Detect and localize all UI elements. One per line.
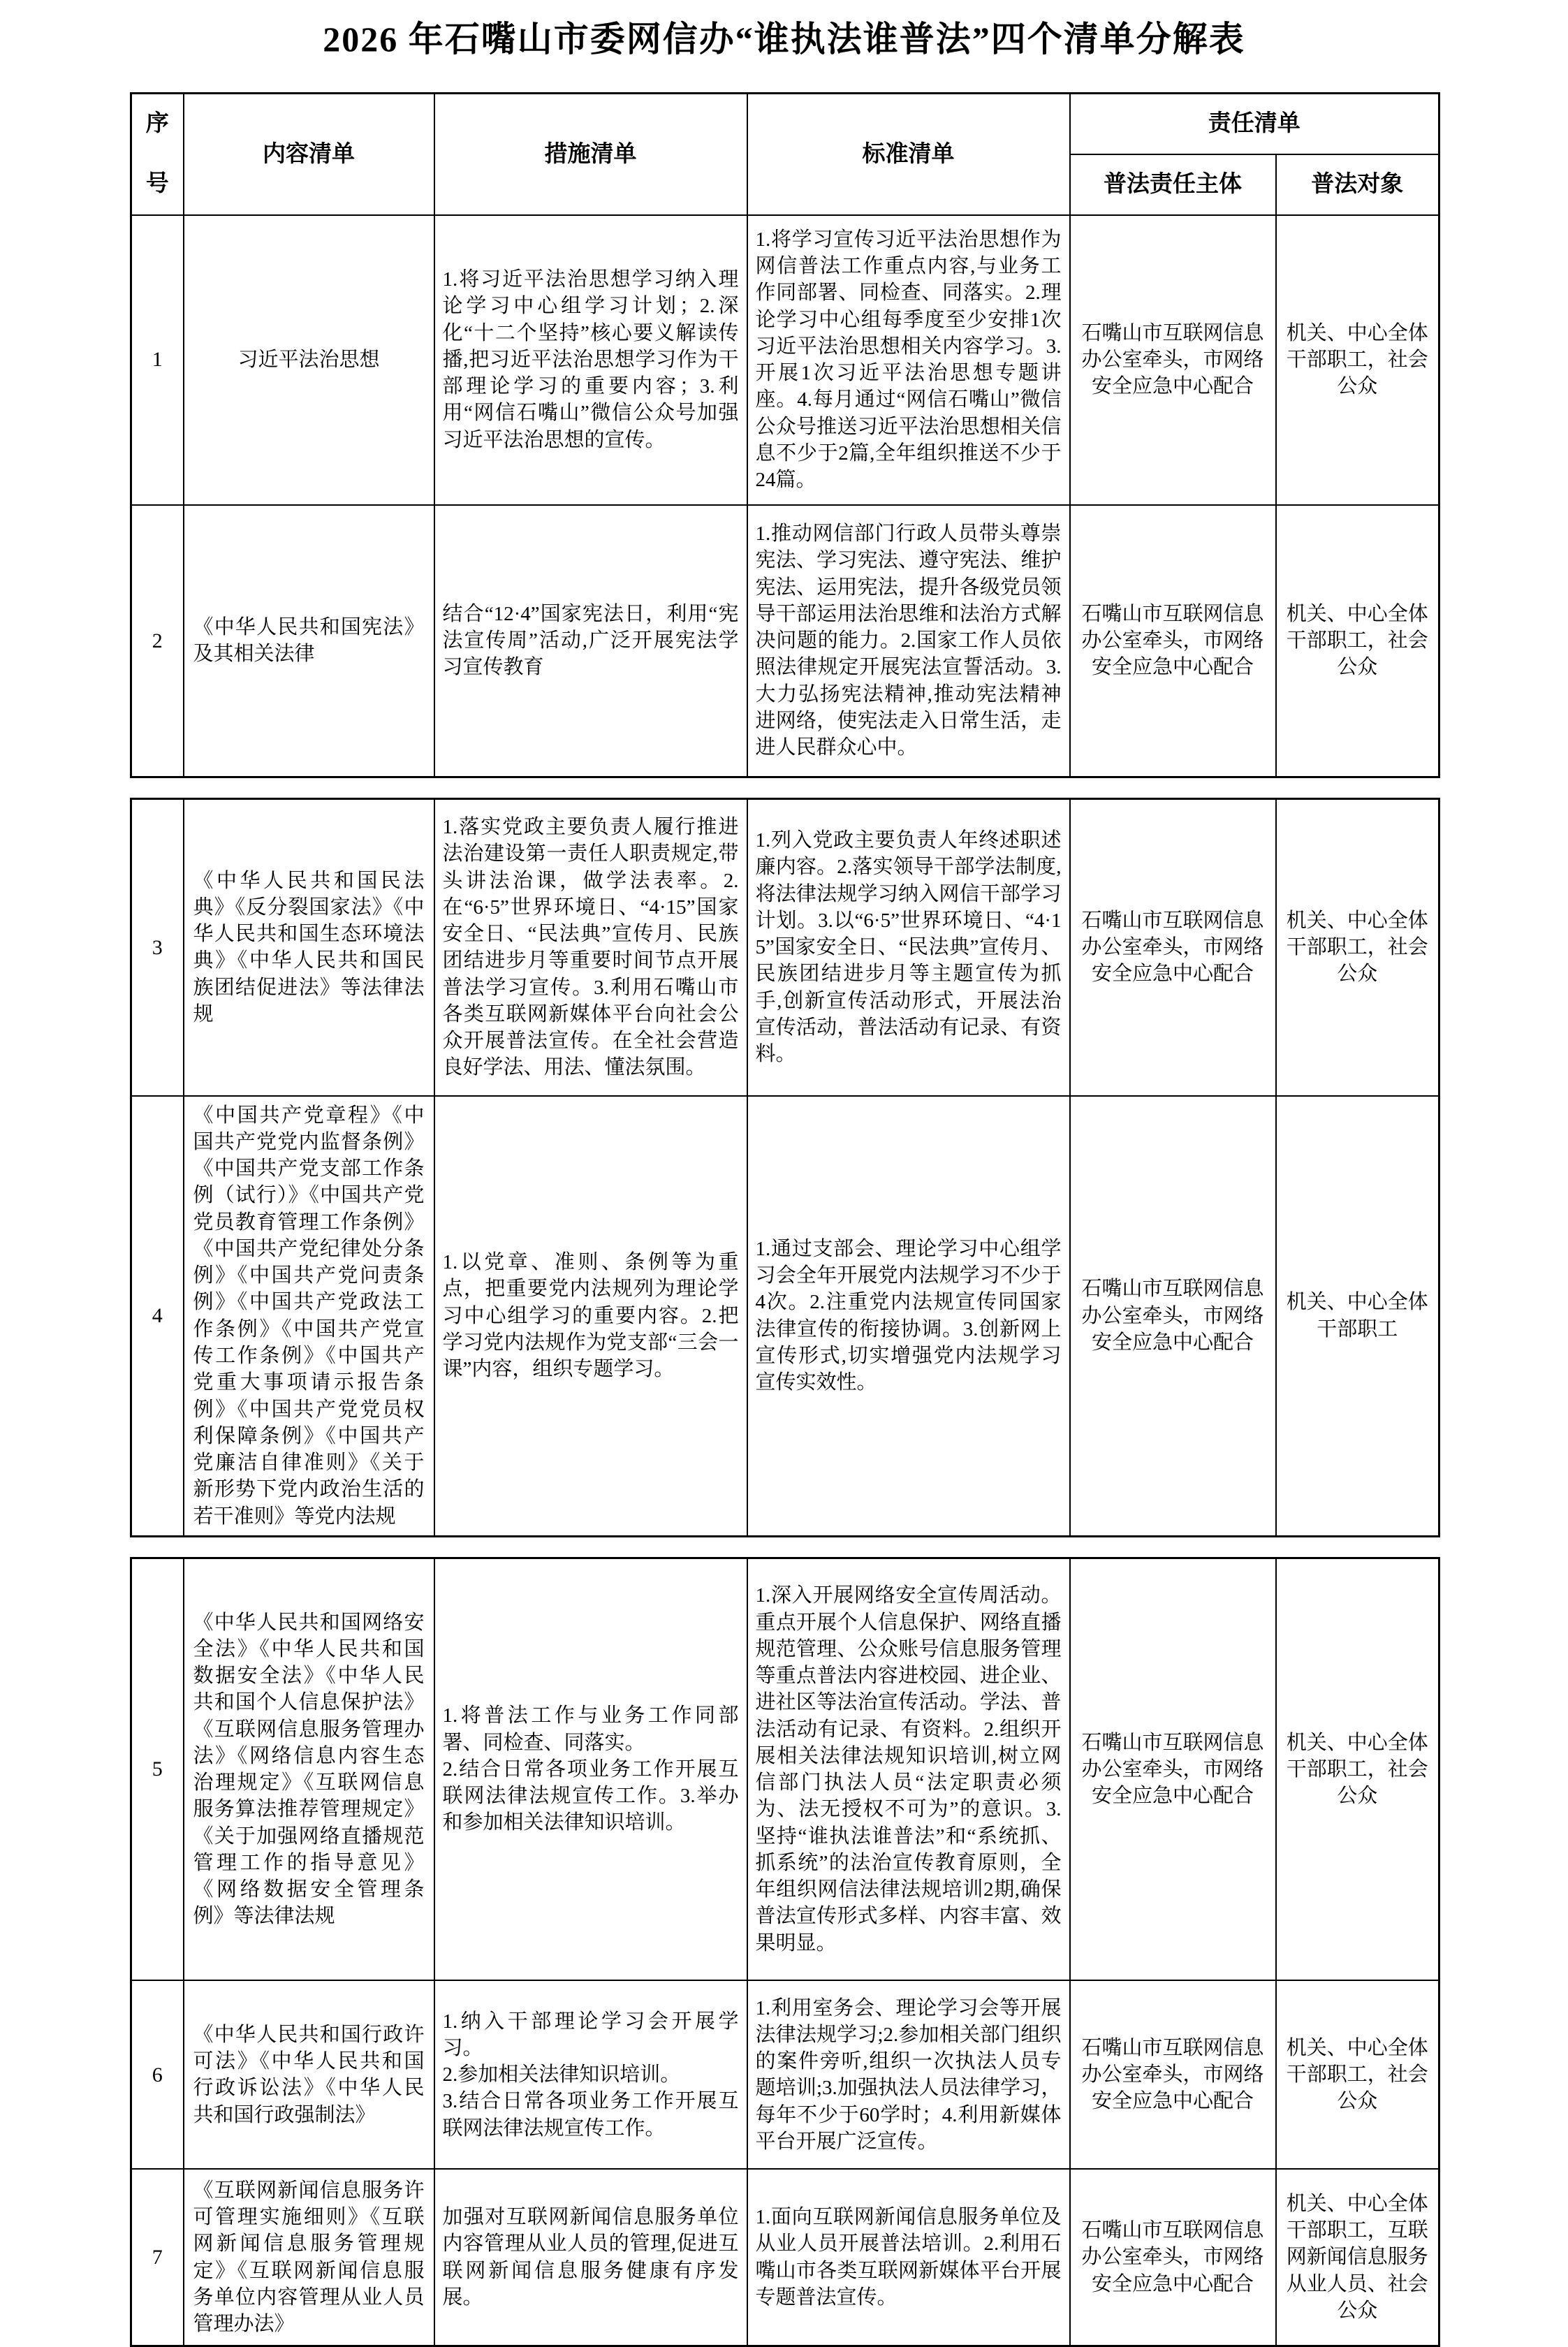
col-header-targets: 普法对象: [1276, 154, 1439, 215]
measures-list-cell: 结合“12·4”国家宪法日，利用“宪法宣传周”活动,广泛开展宪法学习宣传教育: [434, 505, 747, 777]
measures-list-cell: 1.将普法工作与业务工作同部署、同检查、同落实。 2.结合日常各项业务工作开展互…: [434, 1558, 747, 1980]
responsible-party-cell: 石嘴山市互联网信息办公室牵头，市网络安全应急中心配合: [1070, 1096, 1276, 1537]
standards-list-cell: 1.将学习宣传习近平法治思想作为网信普法工作重点内容,与业务工作同部署、同检查、…: [747, 215, 1070, 505]
table-row: 6《中华人民共和国行政许可法》《中华人民共和国行政诉讼法》《中华人民共和国行政强…: [131, 1980, 1439, 2169]
standards-list-cell: 1.通过支部会、理论学习中心组学习会全年开展党内法规学习不少于4次。2.注重党内…: [747, 1096, 1070, 1537]
col-header-index: 序号: [131, 94, 184, 215]
responsible-party-cell: 石嘴山市互联网信息办公室牵头，市网络安全应急中心配合: [1070, 2169, 1276, 2346]
targets-cell: 机关、中心全体干部职工，互联网新闻信息服务从业人员、社会公众: [1276, 2169, 1439, 2346]
content-list-cell: 《互联网新闻信息服务许可管理实施细则》《互联网新闻信息服务管理规定》《互联网新闻…: [184, 2169, 434, 2346]
col-header-responsible-party: 普法责任主体: [1070, 154, 1276, 215]
targets-cell: 机关、中心全体干部职工: [1276, 1096, 1439, 1537]
col-header-measures: 措施清单: [434, 94, 747, 215]
targets-cell: 机关、中心全体干部职工，社会公众: [1276, 1980, 1439, 2169]
table-row: 1习近平法治思想1.将习近平法治思想学习纳入理论学习中心组学习计划；2.深化“十…: [131, 215, 1439, 505]
targets-cell: 机关、中心全体干部职工，社会公众: [1276, 505, 1439, 777]
row-index: 1: [131, 215, 184, 505]
table-block-1: 序号 内容清单 措施清单 标准清单 责任清单 普法责任主体 普法对象 1习近平法…: [130, 92, 1440, 778]
table-body-2: 3《中华人民共和国民法典》《反分裂国家法》《中华人民共和国生态环境法典》《中华人…: [131, 799, 1439, 1537]
row-index: 3: [131, 799, 184, 1096]
content-list-cell: 《中华人民共和国网络安全法》《中华人民共和国数据安全法》《中华人民共和国个人信息…: [184, 1558, 434, 1980]
row-index: 7: [131, 2169, 184, 2346]
content-list-cell: 《中华人民共和国行政许可法》《中华人民共和国行政诉讼法》《中华人民共和国行政强制…: [184, 1980, 434, 2169]
row-index: 2: [131, 505, 184, 777]
table-row: 2《中华人民共和国宪法》及其相关法律结合“12·4”国家宪法日，利用“宪法宣传周…: [131, 505, 1439, 777]
measures-list-cell: 加强对互联网新闻信息服务单位内容管理从业人员的管理,促进互联网新闻信息服务健康有…: [434, 2169, 747, 2346]
table-row: 4《中国共产党章程》《中国共产党党内监督条例》《中国共产党支部工作条例（试行）》…: [131, 1096, 1439, 1537]
measures-list-cell: 1.落实党政主要负责人履行推进法治建设第一责任人职责规定,带头讲法治课，做学法表…: [434, 799, 747, 1096]
measures-list-cell: 1.纳入干部理论学习会开展学习。 2.参加相关法律知识培训。 3.结合日常各项业…: [434, 1980, 747, 2169]
col-header-responsibility: 责任清单: [1070, 94, 1439, 154]
targets-cell: 机关、中心全体干部职工，社会公众: [1276, 1558, 1439, 1980]
table-row: 7《互联网新闻信息服务许可管理实施细则》《互联网新闻信息服务管理规定》《互联网新…: [131, 2169, 1439, 2346]
standards-list-cell: 1.深入开展网络安全宣传周活动。重点开展个人信息保护、网络直播规范管理、公众账号…: [747, 1558, 1070, 1980]
measures-list-cell: 1.以党章、准则、条例等为重点，把重要党内法规列为理论学习中心组学习的重要内容。…: [434, 1096, 747, 1537]
row-index: 5: [131, 1558, 184, 1980]
col-header-standards: 标准清单: [747, 94, 1070, 215]
table-body-1: 1习近平法治思想1.将习近平法治思想学习纳入理论学习中心组学习计划；2.深化“十…: [131, 215, 1439, 777]
standards-list-cell: 1.面向互联网新闻信息服务单位及从业人员开展普法培训。2.利用石嘴山市各类互联网…: [747, 2169, 1070, 2346]
row-index: 6: [131, 1980, 184, 2169]
page-title: 2026 年石嘴山市委网信办“谁执法谁普法”四个清单分解表: [0, 11, 1568, 61]
targets-cell: 机关、中心全体干部职工，社会公众: [1276, 799, 1439, 1096]
responsible-party-cell: 石嘴山市互联网信息办公室牵头，市网络安全应急中心配合: [1070, 505, 1276, 777]
table-header: 序号 内容清单 措施清单 标准清单 责任清单 普法责任主体 普法对象: [131, 94, 1439, 215]
responsible-party-cell: 石嘴山市互联网信息办公室牵头，市网络安全应急中心配合: [1070, 799, 1276, 1096]
table-row: 3《中华人民共和国民法典》《反分裂国家法》《中华人民共和国生态环境法典》《中华人…: [131, 799, 1439, 1096]
row-index: 4: [131, 1096, 184, 1537]
header-row-1: 序号 内容清单 措施清单 标准清单 责任清单: [131, 94, 1439, 154]
document-page: 2026 年石嘴山市委网信办“谁执法谁普法”四个清单分解表 序号 内容清单 措施…: [0, 0, 1568, 2347]
table-body-3: 5《中华人民共和国网络安全法》《中华人民共和国数据安全法》《中华人民共和国个人信…: [131, 1558, 1439, 2346]
standards-list-cell: 1.列入党政主要负责人年终述职述廉内容。2.落实领导干部学法制度,将法律法规学习…: [747, 799, 1070, 1096]
content-list-cell: 习近平法治思想: [184, 215, 434, 505]
table-row: 5《中华人民共和国网络安全法》《中华人民共和国数据安全法》《中华人民共和国个人信…: [131, 1558, 1439, 1980]
content-list-cell: 《中华人民共和国宪法》及其相关法律: [184, 505, 434, 777]
responsible-party-cell: 石嘴山市互联网信息办公室牵头，市网络安全应急中心配合: [1070, 215, 1276, 505]
content-list-cell: 《中国共产党章程》《中国共产党党内监督条例》《中国共产党支部工作条例（试行）》《…: [184, 1096, 434, 1537]
measures-list-cell: 1.将习近平法治思想学习纳入理论学习中心组学习计划；2.深化“十二个坚持”核心要…: [434, 215, 747, 505]
col-header-content: 内容清单: [184, 94, 434, 215]
standards-list-cell: 1.推动网信部门行政人员带头尊崇宪法、学习宪法、遵守宪法、维护宪法、运用宪法，提…: [747, 505, 1070, 777]
responsible-party-cell: 石嘴山市互联网信息办公室牵头，市网络安全应急中心配合: [1070, 1558, 1276, 1980]
responsible-party-cell: 石嘴山市互联网信息办公室牵头，市网络安全应急中心配合: [1070, 1980, 1276, 2169]
targets-cell: 机关、中心全体干部职工，社会公众: [1276, 215, 1439, 505]
table-block-3: 5《中华人民共和国网络安全法》《中华人民共和国数据安全法》《中华人民共和国个人信…: [130, 1557, 1440, 2347]
standards-list-cell: 1.利用室务会、理论学习会等开展法律法规学习;2.参加相关部门组织的案件旁听,组…: [747, 1980, 1070, 2169]
table-block-2: 3《中华人民共和国民法典》《反分裂国家法》《中华人民共和国生态环境法典》《中华人…: [130, 798, 1440, 1537]
content-list-cell: 《中华人民共和国民法典》《反分裂国家法》《中华人民共和国生态环境法典》《中华人民…: [184, 799, 434, 1096]
